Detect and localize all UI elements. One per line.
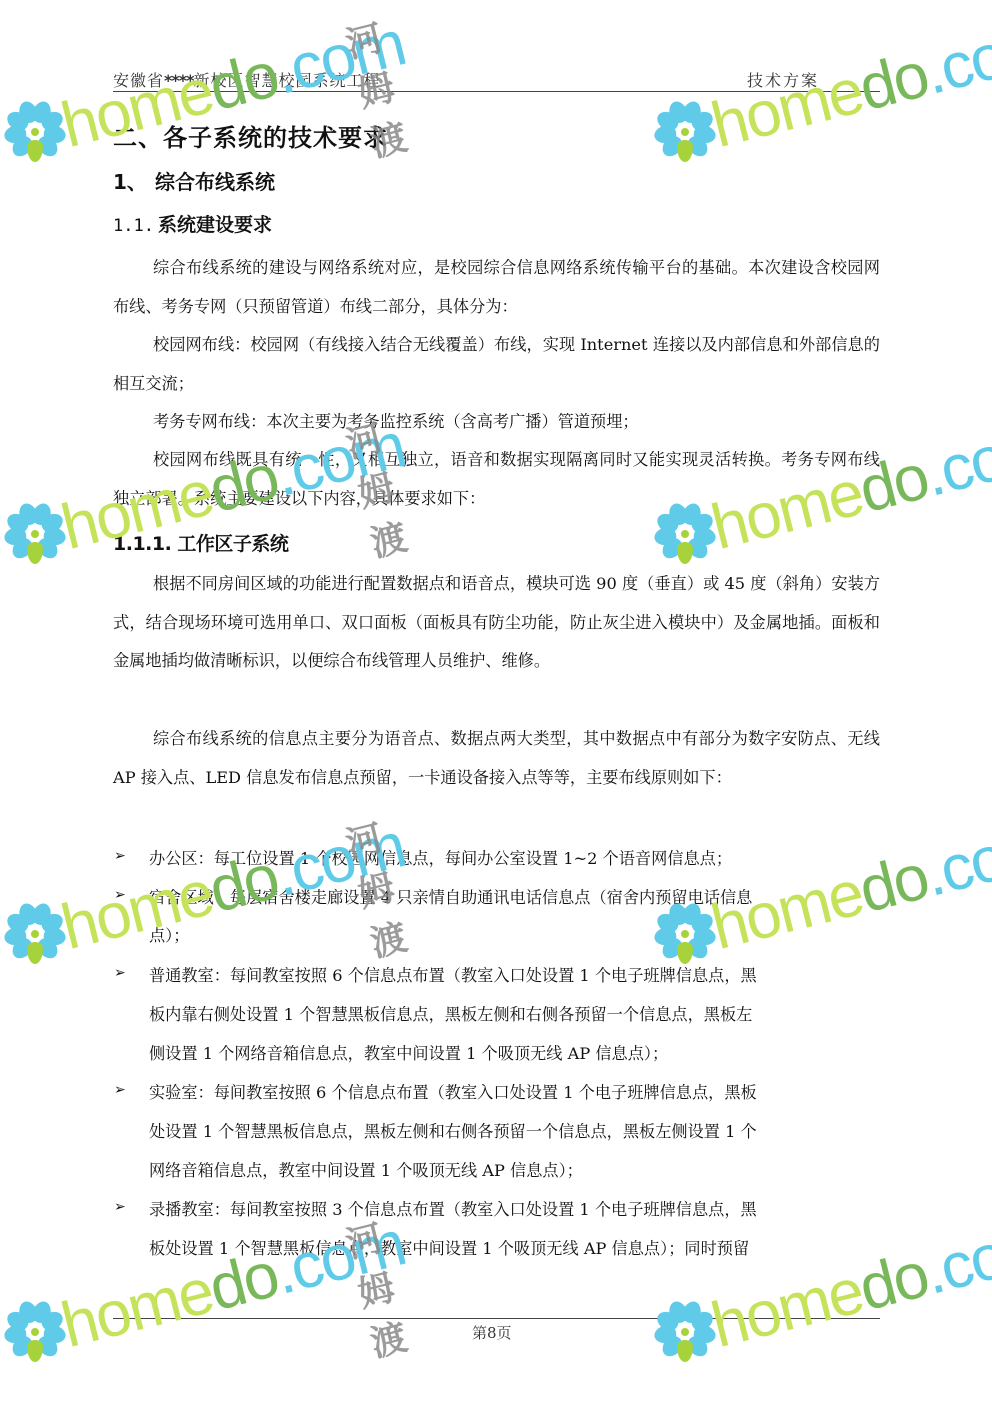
page-number: 第8页	[472, 1322, 512, 1343]
paragraph-campus-network: 校园网布线：校园网（有线接入结合无线覆盖）布线，实现 Internet 连接以及…	[113, 326, 880, 403]
list-item-line: 实验室：每间教室按照 6 个信息点布置（教室入口处设置 1 个电子班牌信息点，黑…	[149, 1079, 757, 1103]
arrow-bullet-icon: ➢	[114, 1199, 126, 1215]
flower-logo-icon	[2, 1298, 68, 1364]
subsubsubsection-heading: 1.1.1. 工作区子系统	[113, 529, 288, 556]
flower-logo-icon	[652, 98, 718, 164]
section-heading: 二、各子系统的技术要求	[113, 118, 388, 153]
paragraph-summary: 校园网布线既具有统一性，又相互独立，语音和数据实现隔离同时又能实现灵活转换。考务…	[113, 441, 880, 518]
flower-logo-icon	[652, 1298, 718, 1364]
arrow-bullet-icon: ➢	[114, 1082, 126, 1098]
footer-divider	[113, 1318, 880, 1319]
list-item-line: 板处设置 1 个智慧黑板信息点，教室中间设置 1 个吸顶无线 AP 信息点）；同…	[149, 1235, 749, 1259]
paragraph-work-area: 根据不同房间区域的功能进行配置数据点和语音点，模块可选 90 度（垂直）或 45…	[113, 565, 880, 681]
arrow-bullet-icon: ➢	[114, 965, 126, 981]
paragraph-exam-network: 考务专网布线：本次主要为考务监控系统（含高考广播）管道预埋；	[113, 403, 880, 442]
list-item-line: 处设置 1 个智慧黑板信息点，黑板左侧和右侧各预留一个信息点，黑板左侧设置 1 …	[149, 1118, 757, 1142]
watermark-cn: 河姆渡	[340, 1210, 414, 1368]
list-item-line: 录播教室：每间教室按照 3 个信息点布置（教室入口处设置 1 个电子班牌信息点，…	[149, 1196, 757, 1220]
document-page: 安徽省****新校区智慧校园系统工程 技术方案 二、各子系统的技术要求 1、综合…	[0, 0, 992, 1403]
watermark-text: homedo.com	[704, 1206, 992, 1362]
arrow-bullet-icon: ➢	[114, 887, 126, 903]
subsection-heading: 1、综合布线系统	[113, 166, 275, 195]
watermark-text: homedo.com	[54, 1206, 411, 1362]
list-item-line: 普通教室：每间教室按照 6 个信息点布置（教室入口处设置 1 个电子班牌信息点，…	[149, 962, 757, 986]
header-title: 安徽省****新校区智慧校园系统工程	[113, 68, 381, 91]
subsubsection-heading: 1.1.系统建设要求	[113, 210, 272, 237]
flower-logo-icon	[2, 900, 68, 966]
flower-logo-icon	[652, 900, 718, 966]
arrow-bullet-icon: ➢	[114, 848, 126, 864]
header-doc-type: 技术方案	[747, 68, 819, 91]
paragraph-intro: 综合布线系统的建设与网络系统对应，是校园综合信息网络系统传输平台的基础。本次建设…	[113, 249, 880, 326]
list-item-line: 点）；	[149, 922, 189, 946]
header-divider	[113, 91, 880, 92]
paragraph-info-points: 综合布线系统的信息点主要分为语音点、数据点两大类型，其中数据点中有部分为数字安防…	[113, 720, 880, 797]
list-item-line: 办公区：每工位设置 1 个校园网信息点，每间办公室设置 1~2 个语音网信息点；	[149, 845, 732, 869]
list-item-line: 网络音箱信息点，教室中间设置 1 个吸顶无线 AP 信息点）；	[149, 1157, 583, 1181]
list-item-line: 宿舍区域：每层宿舍楼走廊设置 4 只亲情自助通讯电话信息点（宿舍内预留电话信息	[149, 884, 752, 908]
list-item-line: 板内靠右侧处设置 1 个智慧黑板信息点，黑板左侧和右侧各预留一个信息点，黑板左	[149, 1001, 752, 1025]
list-item-line: 侧设置 1 个网络音箱信息点，教室中间设置 1 个吸顶无线 AP 信息点）；	[149, 1040, 668, 1064]
flower-logo-icon	[2, 500, 68, 566]
flower-logo-icon	[2, 98, 68, 164]
